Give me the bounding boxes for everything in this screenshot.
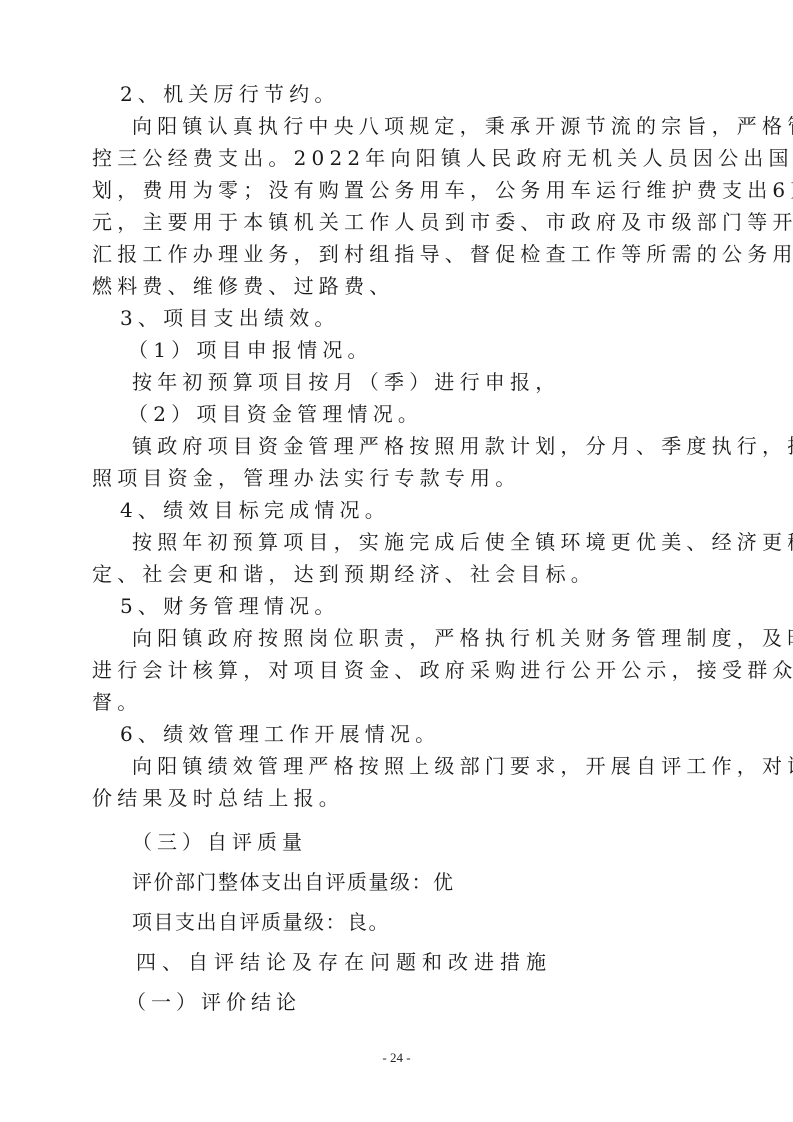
text-line: 划，费用为零；没有购置公务用车，公务用车运行维护费支出6万	[92, 174, 701, 206]
document-page: 2、机关厉行节约。 向阳镇认真执行中央八项规定，秉承开源节流的宗旨，严格管 控三…	[0, 0, 793, 1122]
section-heading-conclusions: 四、自评结论及存在问题和改进措施	[92, 942, 701, 982]
paragraph-project-declaration: 按年初预算项目按月（季）进行申报，	[92, 366, 701, 398]
section-heading-self-evaluation-quality: （三）自评质量	[92, 822, 701, 862]
paragraph-goal-completion: 按照年初预算项目，实施完成后使全镇环境更优美、经济更稳 定、社会更和谐，达到预期…	[92, 526, 701, 590]
text-line: 价结果及时总结上报。	[92, 782, 701, 814]
paragraph-fund-management: 镇政府项目资金管理严格按照用款计划，分月、季度执行，按 照项目资金，管理办法实行…	[92, 430, 701, 494]
text-line: 控三公经费支出。2022年向阳镇人民政府无机关人员因公出国计	[92, 142, 701, 174]
text-line: 按照年初预算项目，实施完成后使全镇环境更优美、经济更稳	[92, 526, 701, 558]
project-quality-grade: 项目支出自评质量级：良。	[92, 902, 701, 942]
subheading-fund-management: （2）项目资金管理情况。	[92, 398, 701, 430]
text-line: 汇报工作办理业务，到村组指导、督促检查工作等所需的公务用车	[92, 238, 701, 270]
text-line: 向阳镇认真执行中央八项规定，秉承开源节流的宗旨，严格管	[92, 110, 701, 142]
text-line: 向阳镇政府按照岗位职责，严格执行机关财务管理制度，及时	[92, 622, 701, 654]
page-number: - 24 -	[0, 1050, 793, 1066]
page-body: 2、机关厉行节约。 向阳镇认真执行中央八项规定，秉承开源节流的宗旨，严格管 控三…	[92, 78, 701, 1022]
text-line: 定、社会更和谐，达到预期经济、社会目标。	[92, 558, 701, 590]
section-heading-evaluation-conclusion: （一）评价结论	[92, 982, 701, 1022]
text-line: 照项目资金，管理办法实行专款专用。	[92, 462, 701, 494]
text-line: 元，主要用于本镇机关工作人员到市委、市政府及市级部门等开会	[92, 206, 701, 238]
overall-quality-grade: 评价部门整体支出自评质量级：优	[92, 862, 701, 902]
subheading-performance-management: 6、绩效管理工作开展情况。	[92, 718, 701, 750]
text-line: 督。	[92, 686, 701, 718]
subheading-goal-completion: 4、绩效目标完成情况。	[92, 494, 701, 526]
subheading-frugality: 2、机关厉行节约。	[92, 78, 701, 110]
paragraph-frugality-body: 向阳镇认真执行中央八项规定，秉承开源节流的宗旨，严格管 控三公经费支出。2022…	[92, 110, 701, 302]
text-line: 燃料费、维修费、过路费、	[92, 270, 701, 302]
paragraph-performance-management: 向阳镇绩效管理严格按照上级部门要求，开展自评工作，对评 价结果及时总结上报。	[92, 750, 701, 814]
subheading-project-declaration: （1）项目申报情况。	[92, 334, 701, 366]
paragraph-financial-management: 向阳镇政府按照岗位职责，严格执行机关财务管理制度，及时 进行会计核算，对项目资金…	[92, 622, 701, 718]
subheading-project-performance: 3、项目支出绩效。	[92, 302, 701, 334]
text-line: 进行会计核算，对项目资金、政府采购进行公开公示，接受群众监	[92, 654, 701, 686]
text-line: 镇政府项目资金管理严格按照用款计划，分月、季度执行，按	[92, 430, 701, 462]
text-line: 向阳镇绩效管理严格按照上级部门要求，开展自评工作，对评	[92, 750, 701, 782]
subheading-financial-management: 5、财务管理情况。	[92, 590, 701, 622]
